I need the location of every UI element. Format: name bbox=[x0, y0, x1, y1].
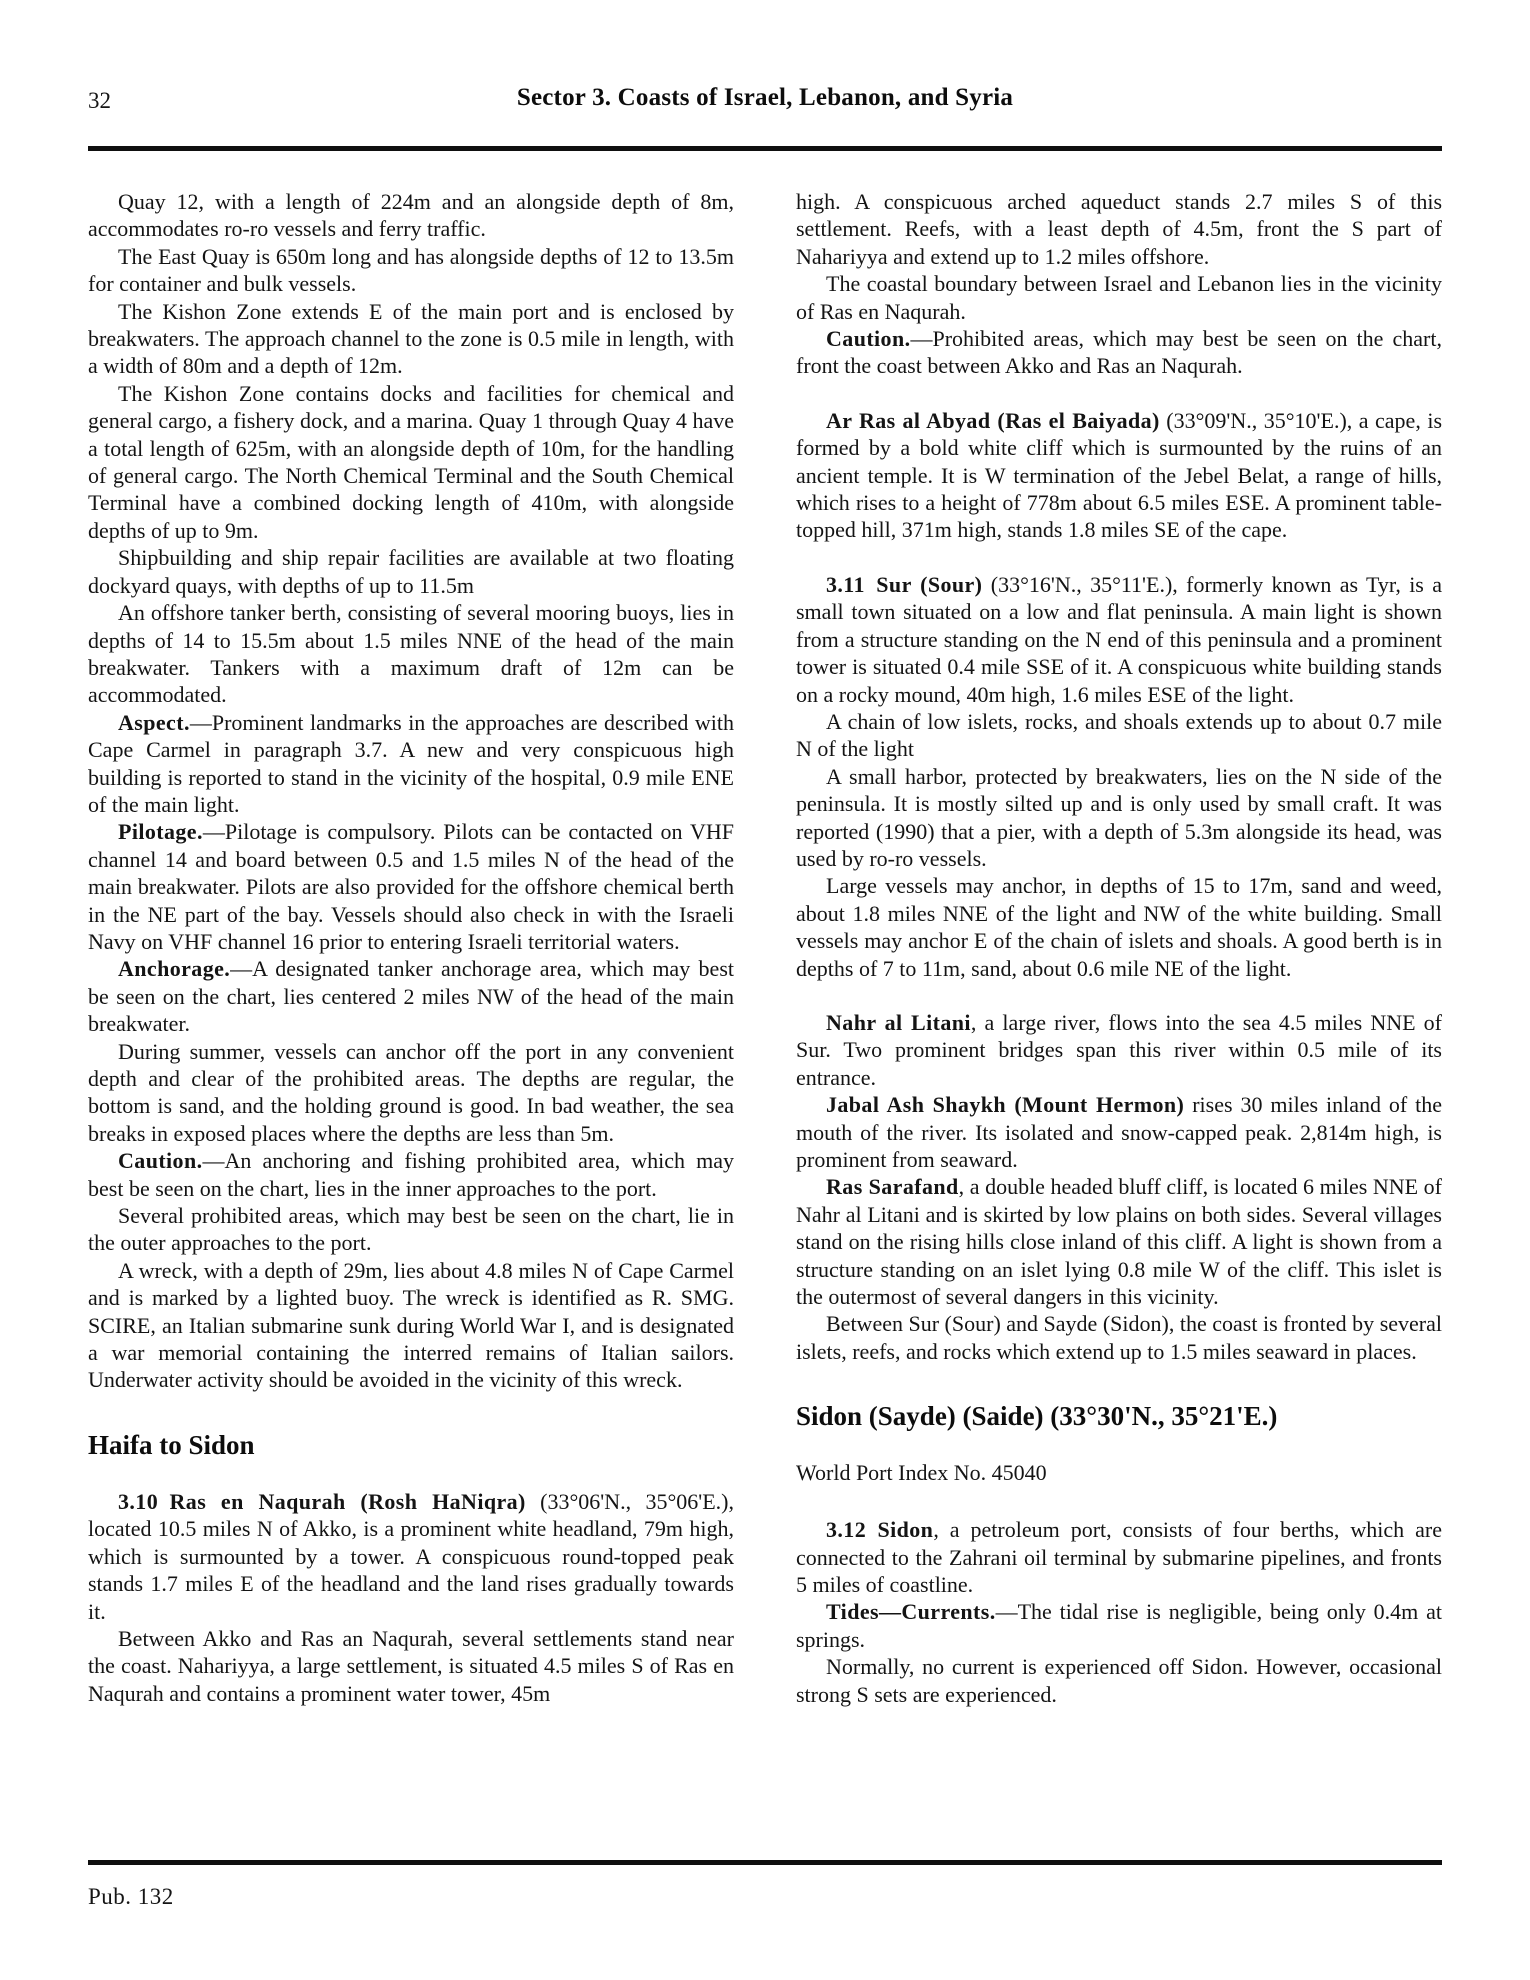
content-columns: Quay 12, with a length of 224m and an al… bbox=[88, 188, 1442, 1708]
column-right: high. A conspicuous arched aqueduct stan… bbox=[796, 188, 1442, 1708]
paragraph: A chain of low islets, rocks, and shoals… bbox=[796, 708, 1442, 763]
text-run: Large vessels may anchor, in depths of 1… bbox=[796, 873, 1442, 980]
text-run: During summer, vessels can anchor off th… bbox=[88, 1039, 734, 1146]
text-run: The Kishon Zone contains docks and facil… bbox=[88, 381, 734, 543]
text-run: An offshore tanker berth, consisting of … bbox=[88, 600, 734, 707]
paragraph: Large vessels may anchor, in depths of 1… bbox=[796, 872, 1442, 982]
paragraph: Caution.—Prohibited areas, which may bes… bbox=[796, 325, 1442, 380]
paragraph: Pilotage.—Pilotage is compulsory. Pilots… bbox=[88, 818, 734, 955]
paragraph-gap bbox=[796, 544, 1442, 571]
paragraph: Caution.—An anchoring and fishing prohib… bbox=[88, 1147, 734, 1202]
paragraph: 3.12 Sidon, a petroleum port, consists o… bbox=[796, 1516, 1442, 1598]
bold-term: Caution. bbox=[118, 1148, 203, 1173]
footer-rule bbox=[88, 1860, 1442, 1865]
bold-term: Anchorage. bbox=[118, 956, 230, 981]
paragraph: A small harbor, protected by breakwaters… bbox=[796, 763, 1442, 873]
bold-term: Nahr al Litani bbox=[826, 1010, 971, 1035]
text-run: The East Quay is 650m long and has along… bbox=[88, 244, 734, 296]
text-run: The coastal boundary between Israel and … bbox=[796, 271, 1442, 323]
paragraph: high. A conspicuous arched aqueduct stan… bbox=[796, 188, 1442, 270]
section-heading: Haifa to Sidon bbox=[88, 1430, 734, 1460]
paragraph: Several prohibited areas, which may best… bbox=[88, 1202, 734, 1257]
text-run: A wreck, with a depth of 29m, lies about… bbox=[88, 1258, 734, 1393]
world-port-index-line: World Port Index No. 45040 bbox=[796, 1459, 1442, 1486]
bold-term: Ras en Naqurah (Rosh HaNiqra) bbox=[170, 1489, 526, 1514]
paragraph: Anchorage.—A designated tanker anchorage… bbox=[88, 955, 734, 1037]
bold-term: Aspect. bbox=[118, 710, 190, 735]
bold-term: 3.12 bbox=[826, 1517, 878, 1542]
text-run: Quay 12, with a length of 224m and an al… bbox=[88, 189, 734, 241]
bold-term: Tides—Currents. bbox=[826, 1599, 996, 1624]
paragraph: An offshore tanker berth, consisting of … bbox=[88, 599, 734, 709]
column-left: Quay 12, with a length of 224m and an al… bbox=[88, 188, 734, 1708]
paragraph: Nahr al Litani, a large river, flows int… bbox=[796, 1009, 1442, 1091]
paragraph: Tides—Currents.—The tidal rise is neglig… bbox=[796, 1598, 1442, 1653]
bold-term: Ar Ras al Abyad (Ras el Baiyada) bbox=[826, 408, 1160, 433]
paragraph: The coastal boundary between Israel and … bbox=[796, 270, 1442, 325]
paragraph: 3.11 Sur (Sour) (33°16'N., 35°11'E.), fo… bbox=[796, 571, 1442, 708]
page-title: Sector 3. Coasts of Israel, Lebanon, and… bbox=[88, 84, 1442, 112]
text-run: A small harbor, protected by breakwaters… bbox=[796, 764, 1442, 871]
paragraph: Ar Ras al Abyad (Ras el Baiyada) (33°09'… bbox=[796, 407, 1442, 544]
paragraph: Normally, no current is experienced off … bbox=[796, 1653, 1442, 1708]
paragraph: Ras Sarafand, a double headed bluff clif… bbox=[796, 1173, 1442, 1310]
bold-term: Sur (Sour) bbox=[876, 572, 982, 597]
paragraph: Between Sur (Sour) and Sayde (Sidon), th… bbox=[796, 1310, 1442, 1365]
bold-term: Caution. bbox=[826, 326, 911, 351]
header-rule bbox=[88, 146, 1442, 151]
bold-term: Ras Sarafand bbox=[826, 1174, 959, 1199]
paragraph: The East Quay is 650m long and has along… bbox=[88, 243, 734, 298]
paragraph: Shipbuilding and ship repair facilities … bbox=[88, 544, 734, 599]
text-run: Normally, no current is experienced off … bbox=[796, 1654, 1442, 1706]
text-run: Between Akko and Ras an Naqurah, several… bbox=[88, 1626, 734, 1706]
paragraph-gap bbox=[796, 380, 1442, 407]
bold-term: Sidon bbox=[878, 1517, 934, 1542]
paragraph: Between Akko and Ras an Naqurah, several… bbox=[88, 1625, 734, 1707]
page-header: 32 Sector 3. Coasts of Israel, Lebanon, … bbox=[88, 84, 1442, 124]
document-page: 32 Sector 3. Coasts of Israel, Lebanon, … bbox=[0, 0, 1530, 1980]
text-run: Between Sur (Sour) and Sayde (Sidon), th… bbox=[796, 1311, 1442, 1363]
paragraph-gap bbox=[796, 982, 1442, 1009]
text-run: The Kishon Zone extends E of the main po… bbox=[88, 299, 734, 379]
paragraph: A wreck, with a depth of 29m, lies about… bbox=[88, 1257, 734, 1394]
paragraph: During summer, vessels can anchor off th… bbox=[88, 1038, 734, 1148]
text-run: Shipbuilding and ship repair facilities … bbox=[88, 545, 734, 597]
paragraph: Aspect.—Prominent landmarks in the appro… bbox=[88, 709, 734, 819]
bold-term: 3.10 bbox=[118, 1489, 170, 1514]
paragraph: 3.10 Ras en Naqurah (Rosh HaNiqra) (33°0… bbox=[88, 1488, 734, 1625]
paragraph: Jabal Ash Shaykh (Mount Hermon) rises 30… bbox=[796, 1091, 1442, 1173]
bold-term: Pilotage. bbox=[118, 819, 203, 844]
bold-term: Jabal Ash Shaykh (Mount Hermon) bbox=[826, 1092, 1184, 1117]
paragraph: The Kishon Zone extends E of the main po… bbox=[88, 298, 734, 380]
section-heading: Sidon (Sayde) (Saide) (33°30'N., 35°21'E… bbox=[796, 1401, 1442, 1431]
paragraph: The Kishon Zone contains docks and facil… bbox=[88, 380, 734, 544]
publication-label: Pub. 132 bbox=[88, 1884, 174, 1910]
text-run: high. A conspicuous arched aqueduct stan… bbox=[796, 189, 1442, 269]
bold-term: 3.11 bbox=[826, 572, 876, 597]
paragraph: Quay 12, with a length of 224m and an al… bbox=[88, 188, 734, 243]
text-run: A chain of low islets, rocks, and shoals… bbox=[796, 709, 1442, 761]
text-run: Several prohibited areas, which may best… bbox=[88, 1203, 734, 1255]
